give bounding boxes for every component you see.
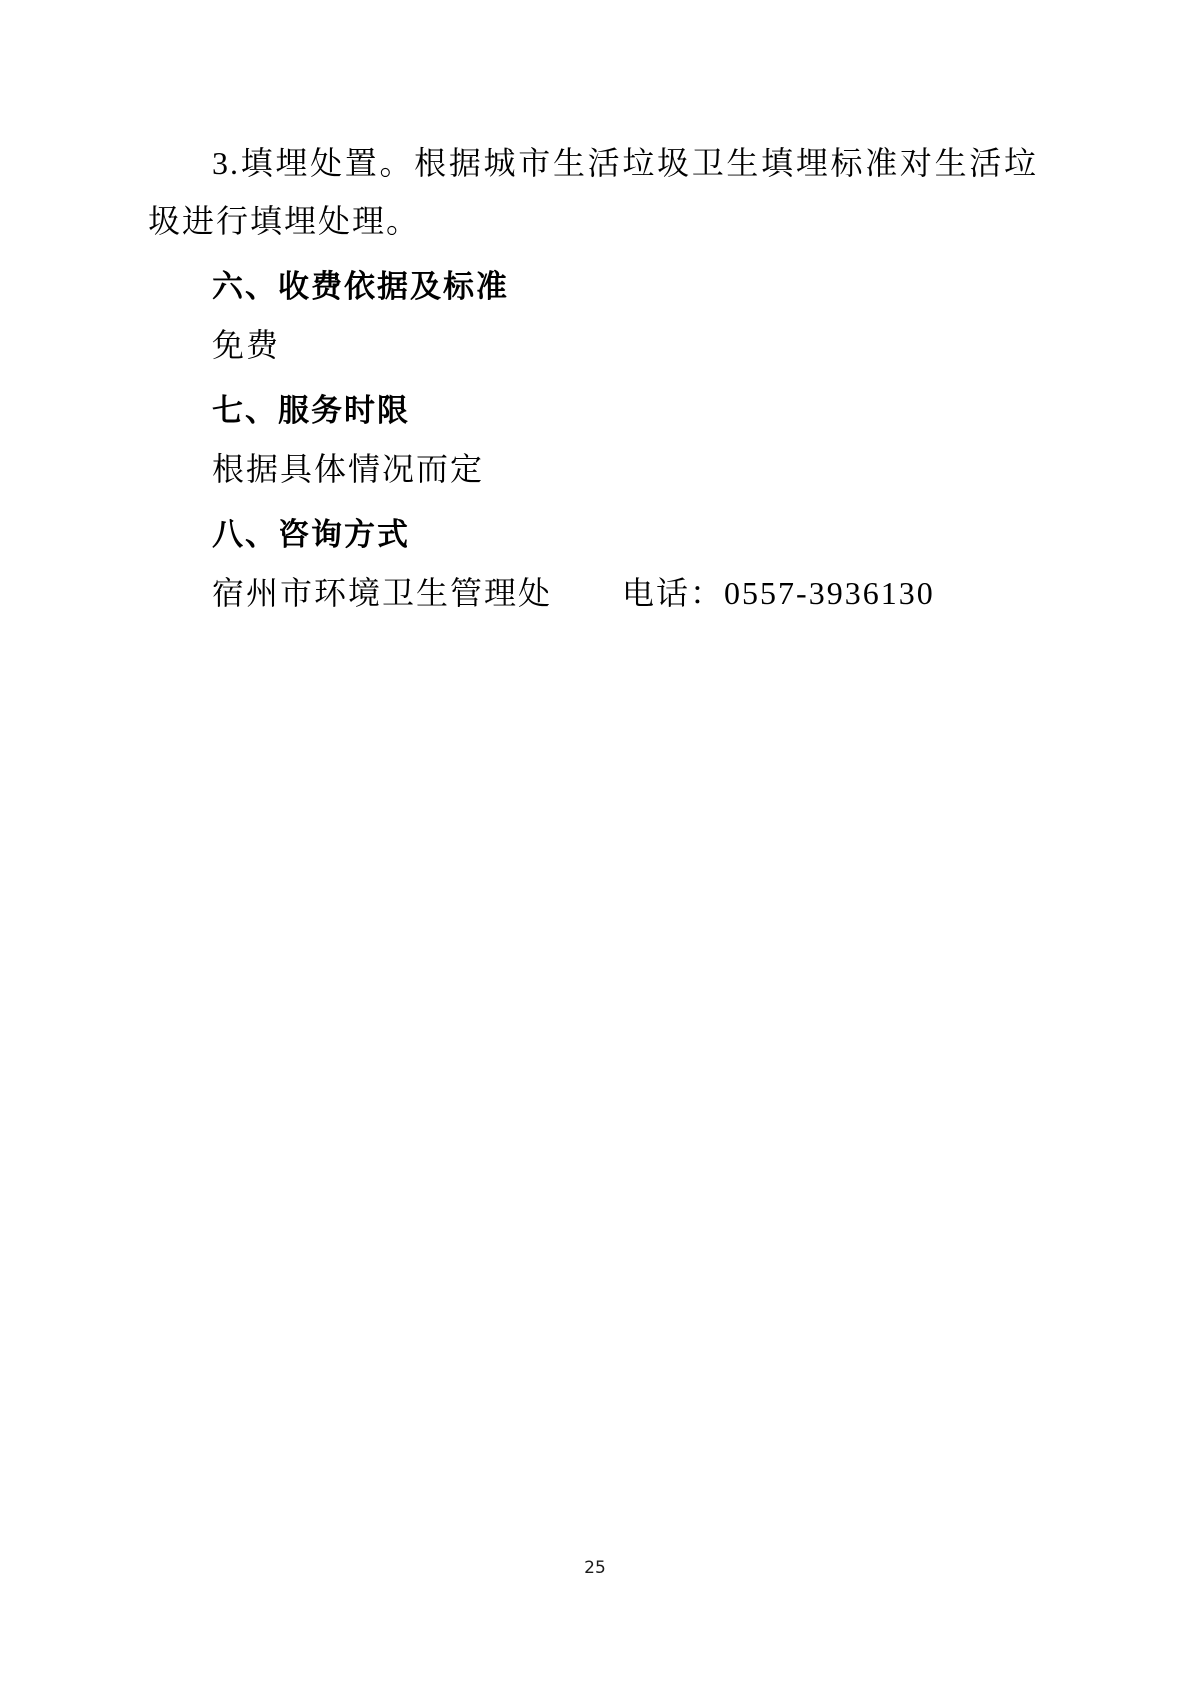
page-number: 25	[584, 1558, 606, 1578]
contact-org-name: 宿州市环境卫生管理处	[212, 575, 552, 611]
contact-line: 宿州市环境卫生管理处电话：0557-3936130	[212, 564, 1038, 622]
heading-service-time-limit: 七、服务时限	[212, 382, 1038, 440]
contact-phone-label: 电话：	[622, 575, 724, 611]
service-time-text: 根据具体情况而定	[212, 440, 1038, 498]
page-footer: 25	[0, 1556, 1190, 1580]
document-page: 3.填埋处置。根据城市生活垃圾卫生填埋标准对生活垃圾进行填埋处理。 六、收费依据…	[0, 0, 1190, 1683]
heading-fee-basis-standard: 六、收费依据及标准	[212, 258, 1038, 316]
heading-consultation-method: 八、咨询方式	[212, 506, 1038, 564]
contact-phone: 电话：0557-3936130	[622, 575, 935, 611]
contact-phone-number: 0557-3936130	[724, 575, 935, 611]
fee-free-text: 免费	[212, 316, 1038, 374]
paragraph-landfill-disposal: 3.填埋处置。根据城市生活垃圾卫生填埋标准对生活垃圾进行填埋处理。	[148, 134, 1038, 250]
document-content: 3.填埋处置。根据城市生活垃圾卫生填埋标准对生活垃圾进行填埋处理。 六、收费依据…	[148, 134, 1038, 622]
